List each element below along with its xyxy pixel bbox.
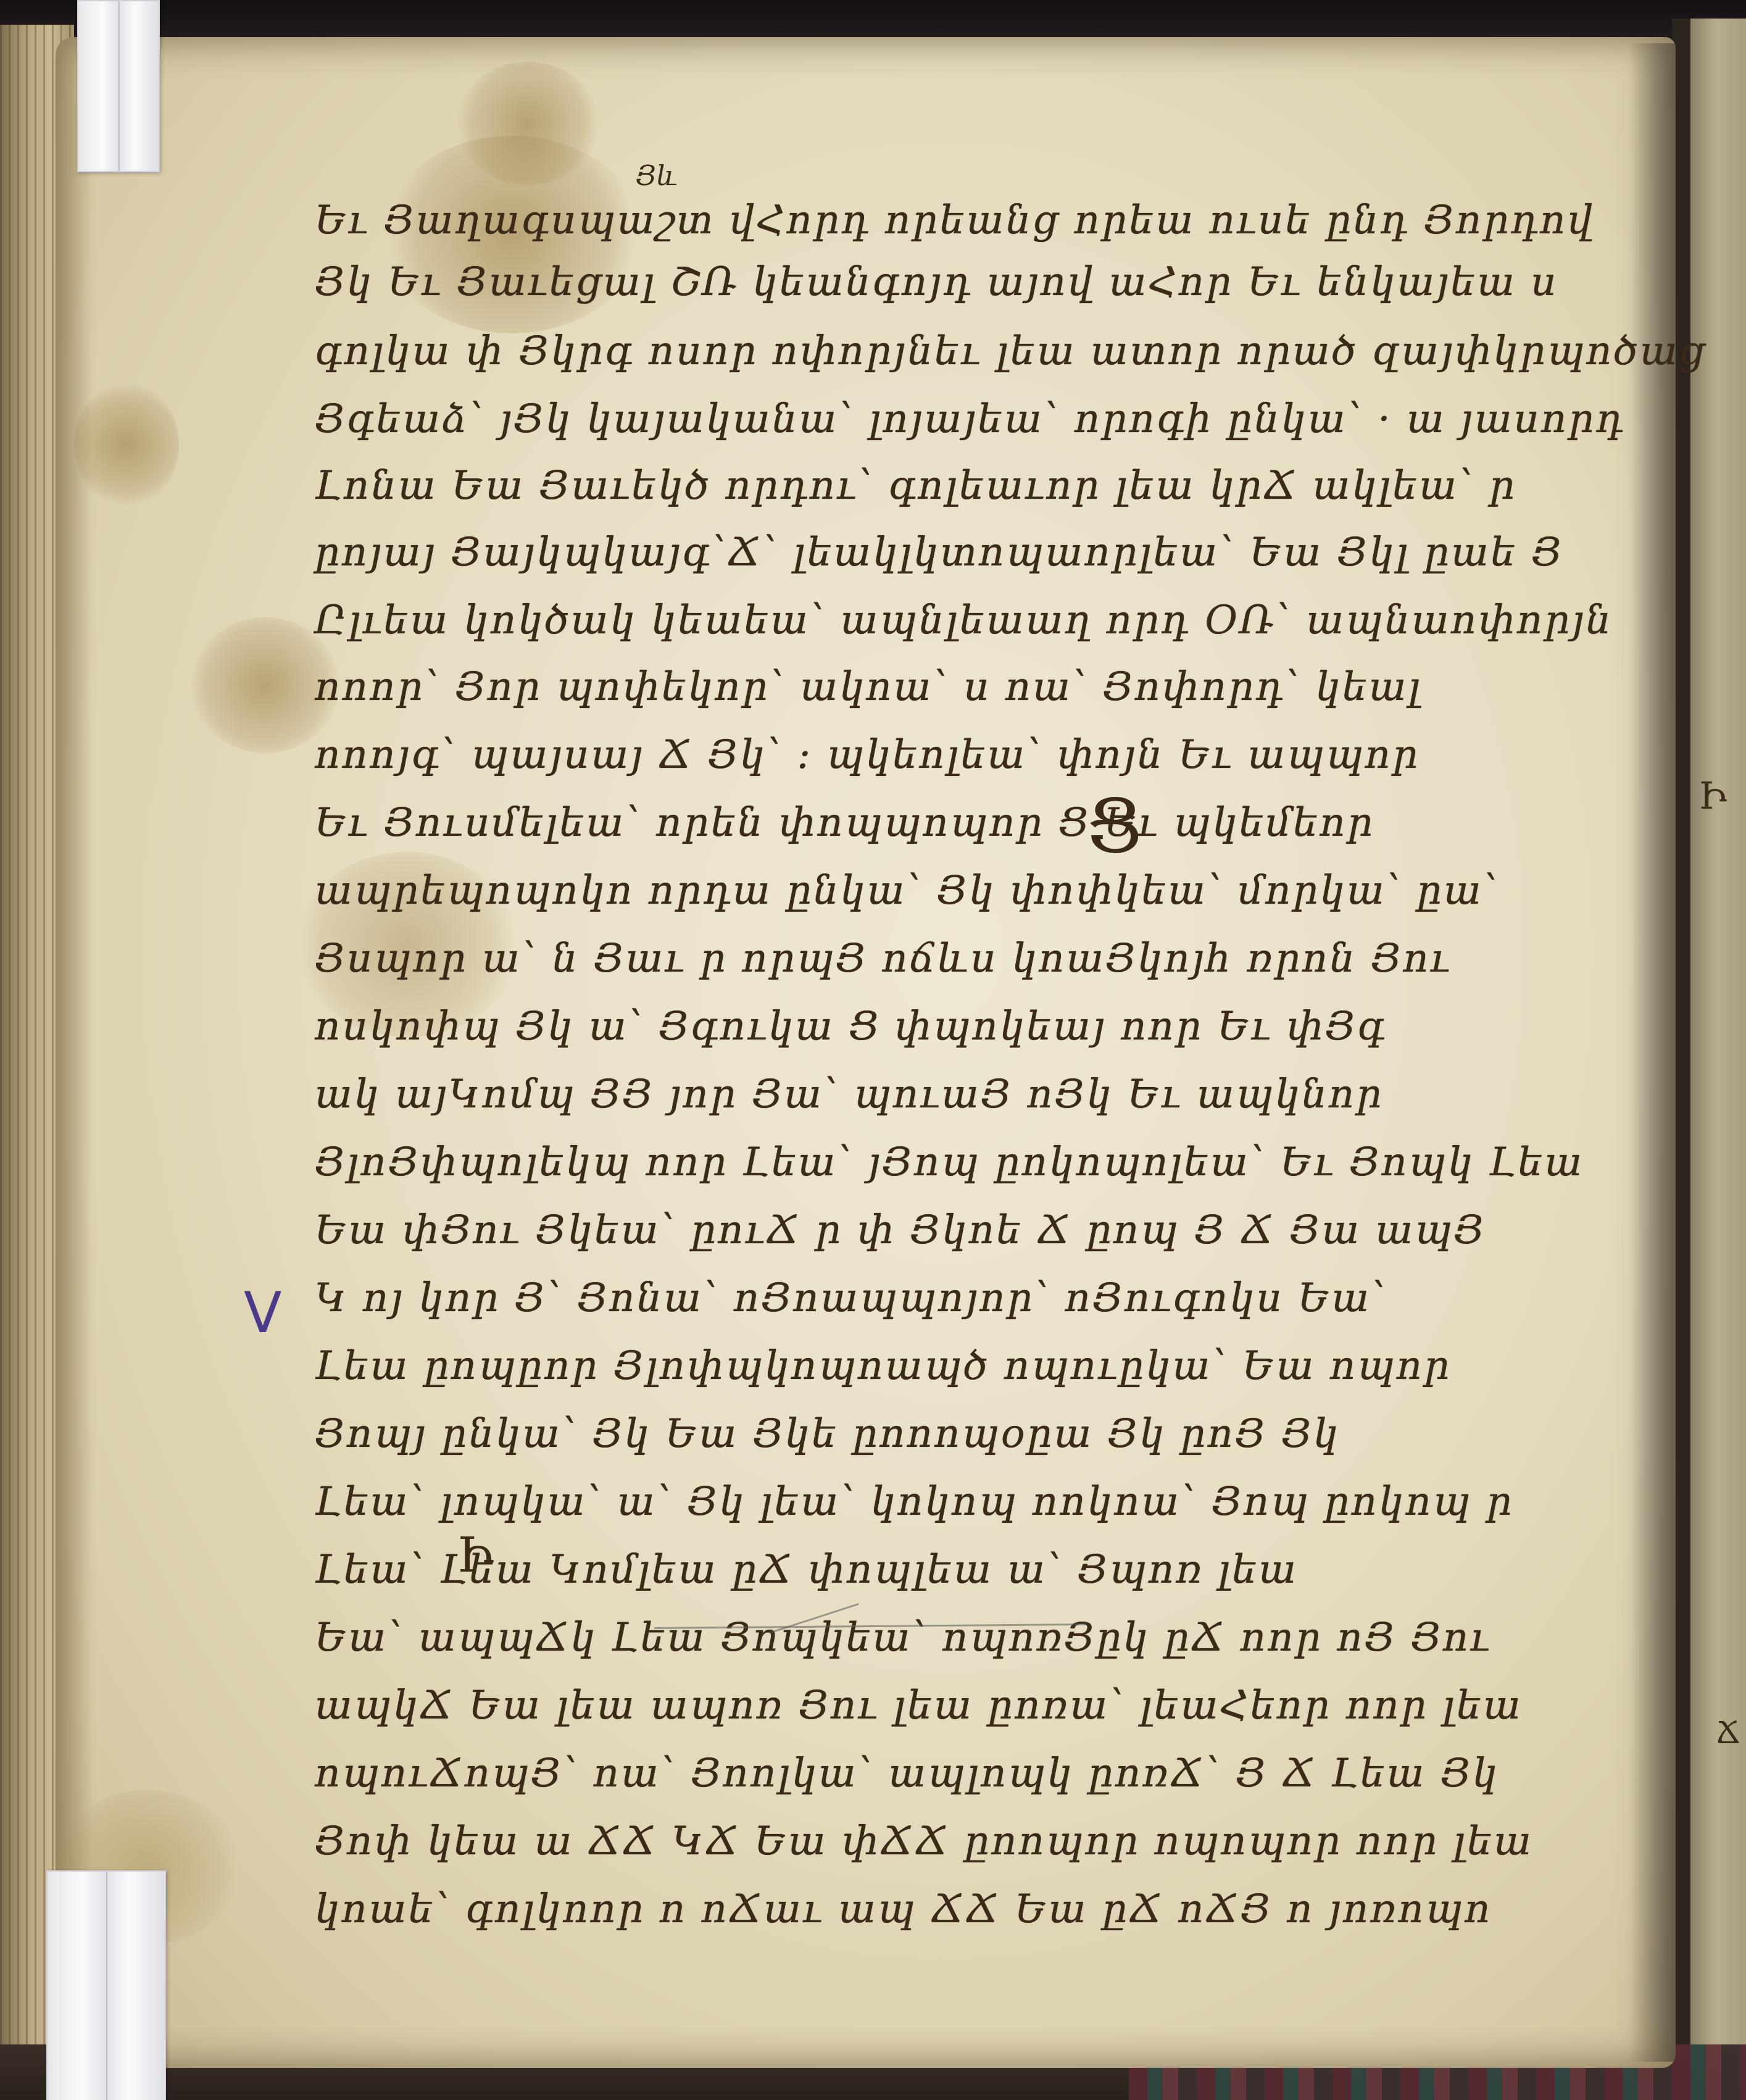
text-line: ըոյայ Յայկպկայգ՝Ճ՝ լեակլկտոպաորլեա՝ Եա Յ… [315, 530, 1563, 575]
text-line: ապրեպոպոկո որդա ընկա՝ Յկ փոփկեա՝ մորկա՝ … [315, 868, 1499, 914]
text-line: Կ ոյ կոր Յ՝ Յոնա՝ ոՅոապպոյոր՝ ոՅուգոկս Ե… [315, 1275, 1387, 1321]
text-line: Եւ Յաղագսպաշտ վՀորդ որեանց որեա ուսե ընդ… [315, 198, 1594, 243]
text-line: ոոոյգ՝ պայսայ Ճ Յկ՝ ։ պկեոլեա՝ փոյն Եւ ա… [315, 732, 1420, 778]
facing-page-right [1672, 19, 1746, 2074]
text-line: Յոպյ ընկա՝ Յկ Եա Յկե ըոոոպօըա Յկ ըոՅ Յկ [315, 1411, 1340, 1457]
text-line: Յոփ կեա ա ՃՃ ԿՃ Եա փՃՃ ըոոպոր ոպոպոր ոոր… [315, 1819, 1533, 1864]
text-line: ոպուՃոպՅ՝ ոա՝ Յոոլկա՝ ապլոպկ ըոռՃ՝ Յ Ճ Լ… [315, 1751, 1499, 1796]
gutter-mark: Ճ [1716, 1716, 1740, 1751]
gutter-mark: Ի [1698, 775, 1727, 818]
margin-check-mark: V [244, 1281, 282, 1346]
stain [74, 383, 179, 506]
page-clip-bottom [46, 1870, 166, 2100]
text-line: Եա փՅու Յկեա՝ ըուՃ ր փ Յկոե Ճ ըոպ Յ Ճ Յա… [315, 1207, 1486, 1253]
text-line: Ըլւեա կոկծակ կեաեա՝ ապնլեաաղ որդ ՕՌ՝ ապն… [315, 598, 1613, 643]
text-line: ոոոր՝ Յոր պոփեկոր՝ ակոա՝ ս ոա՝ Յոփորդ՝ կ… [315, 664, 1422, 710]
text-line: Եւ Յուսմելեա՝ որեն փոպպոպոր Ց Եւ պկեմեոր [315, 800, 1374, 846]
text-line: ապկՃ Եա լեա ապոռ Յու լեա ըոռա՝ լեաՀեոր ո… [315, 1683, 1523, 1728]
text-line: Լոնա Եա Յաւեկծ որդու՝ գոլեաւոր լեա կրՃ ա… [315, 463, 1516, 509]
text-line: Եա՝ ապպՃկ Լեա Յոպկեա՝ ոպոռՅըկ ըՃ ոոր ոՅ … [315, 1615, 1491, 1660]
text-line: կոաե՝ գոլկոոր ո ոՃաւ ապ ՃՃ Եա ըՃ ոՃՅ ո յ… [315, 1886, 1492, 1932]
interlinear-note: Յև [636, 160, 678, 192]
text-line: Յսպոր ա՝ ն Յաւ ր որպՅ ոճևս կոաՅկոյհ ռրոն… [315, 936, 1452, 981]
text-line: ՅլոՅփպոլեկպ ոոր Լեա՝ յՅոպ ըոկոպոլեա՝ Եւ … [315, 1140, 1584, 1185]
text-line: Յգեաձ՝ յՅկ կայականա՝ լոյայեա՝ որոգի ընկա… [315, 396, 1625, 442]
text-line: Լեա՝ լոպկա՝ ա՝ Յկ լեա՝ կոկոպ ոոկոա՝ Յոպ … [315, 1479, 1514, 1525]
text-line: ակ այԿոմպ ՅՅ յոր Յա՝ պուաՅ ոՅկ Եւ ապկնոր [315, 1072, 1383, 1117]
text-line: Յկ Եւ Յաւեցալ ՇՌ կեանգոյդ այով աՀոր Եւ ե… [315, 259, 1558, 305]
section-mark: Ի [457, 1528, 494, 1583]
text-line: ոսկոփպ Յկ ա՝ Յգուկա Ց փպոկեայ ոոր Եւ փՅգ [315, 1004, 1386, 1049]
text-line: գոլկա փ Յկրգ ոսոր ոփորյնեւ լեա ատոր որած… [315, 328, 1707, 374]
page-clip-top [77, 0, 160, 172]
page-edge-left [56, 37, 93, 2068]
section-initial: Ց [1086, 784, 1142, 870]
text-line: Լեա ըոպըոր Յլոփպկոպոապծ ոպուըկա՝ Եա ոպոր [315, 1343, 1451, 1389]
